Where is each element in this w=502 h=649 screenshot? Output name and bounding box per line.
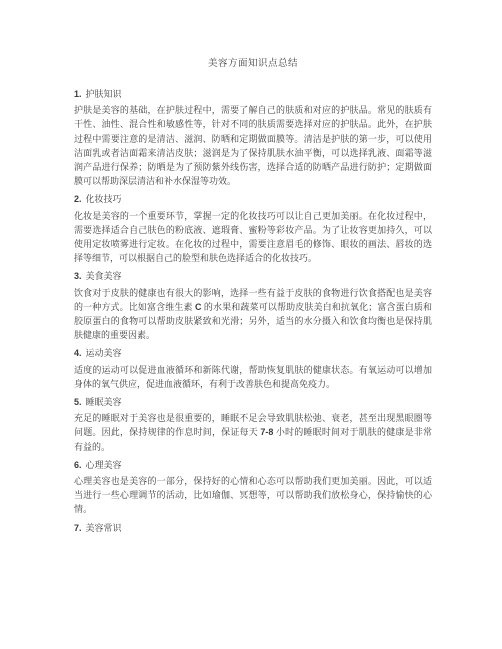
section-number: 3.	[74, 271, 82, 281]
section-paragraph: 护肤是美容的基础，在护肤过程中，需要了解自己的肤质和对应的护肤品。常见的肤质有干…	[74, 103, 432, 188]
section-number: 4.	[74, 348, 82, 358]
section-5: 5.睡眠美容 充足的睡眠对于美容也是很重要的，睡眠不足会导致肌肤松弛、衰老，甚至…	[74, 395, 432, 454]
section-paragraph: 饮食对于皮肤的健康也有很大的影响，选择一些有益于皮肤的食物进行饮食搭配也是美容的…	[74, 286, 432, 343]
section-heading: 5.睡眠美容	[74, 395, 432, 409]
section-number: 6.	[74, 460, 82, 470]
section-7: 7.美容常识	[74, 521, 432, 535]
section-title: 美容常识	[86, 523, 122, 533]
document-page: 美容方面知识点总结 1.护肤知识 护肤是美容的基础，在护肤过程中，需要了解自己的…	[0, 0, 502, 649]
section-paragraph: 心理美容也是美容的一部分，保持好的心情和心态可以帮助我们更加美丽。因此，可以适当…	[74, 474, 432, 517]
section-title: 护肤知识	[86, 89, 122, 99]
section-2: 2.化妆技巧 化妆是美容的一个重要环节，掌握一定的化妆技巧可以让自己更加美丽。在…	[74, 192, 432, 265]
section-title: 运动美容	[86, 348, 122, 358]
section-heading: 2.化妆技巧	[74, 192, 432, 206]
section-title: 化妆技巧	[86, 194, 122, 204]
section-number: 5.	[74, 397, 82, 407]
section-6: 6.心理美容 心理美容也是美容的一部分，保持好的心情和心态可以帮助我们更加美丽。…	[74, 458, 432, 517]
section-number: 7.	[74, 523, 82, 533]
section-heading: 7.美容常识	[74, 521, 432, 535]
section-heading: 1.护肤知识	[74, 87, 432, 101]
section-4: 4.运动美容 适度的运动可以促进血液循环和新陈代谢，帮助恢复肌肤的健康状态。有氧…	[74, 346, 432, 391]
section-title: 美食美容	[86, 271, 122, 281]
section-title: 心理美容	[86, 460, 122, 470]
section-heading: 4.运动美容	[74, 346, 432, 360]
section-title: 睡眠美容	[86, 397, 122, 407]
section-heading: 3.美食美容	[74, 269, 432, 283]
section-paragraph: 适度的运动可以促进血液循环和新陈代谢，帮助恢复肌肤的健康状态。有氧运动可以增加身…	[74, 363, 432, 391]
section-number: 1.	[74, 89, 82, 99]
page-title: 美容方面知识点总结	[74, 57, 432, 72]
section-3: 3.美食美容 饮食对于皮肤的健康也有很大的影响，选择一些有益于皮肤的食物进行饮食…	[74, 269, 432, 342]
section-heading: 6.心理美容	[74, 458, 432, 472]
section-1: 1.护肤知识 护肤是美容的基础，在护肤过程中，需要了解自己的肤质和对应的护肤品。…	[74, 87, 432, 188]
section-number: 2.	[74, 194, 82, 204]
section-paragraph: 化妆是美容的一个重要环节，掌握一定的化妆技巧可以让自己更加美丽。在化妆过程中，需…	[74, 209, 432, 266]
section-paragraph: 充足的睡眠对于美容也是很重要的，睡眠不足会导致肌肤松弛、衰老，甚至出现黑眼圈等问…	[74, 411, 432, 454]
